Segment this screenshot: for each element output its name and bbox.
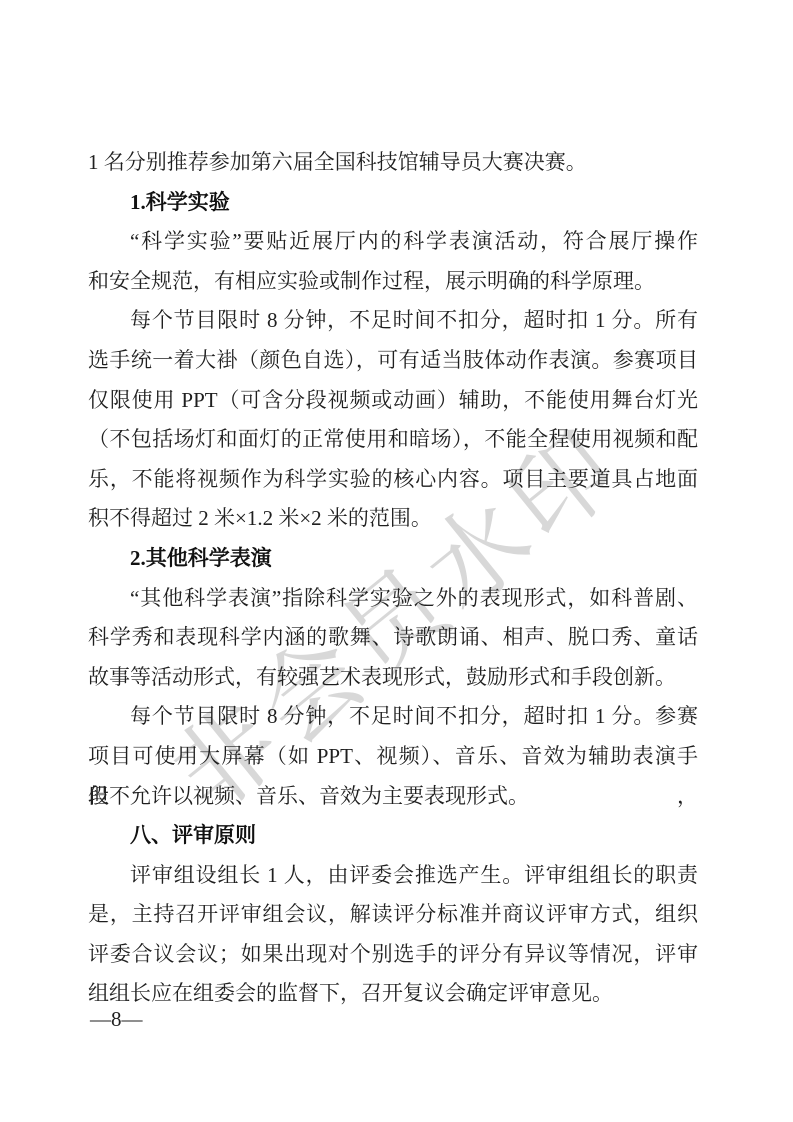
text-line: 和安全规范，有相应实验或制作过程，展示明确的科学原理。 [88,262,698,302]
text-line: 是，主持召开评审组会议，解读评分标准并商议评审方式，组织 [88,895,698,935]
section-heading: 2.其他科学表演 [88,539,698,579]
text-line: 组组长应在组委会的监督下，召开复议会确定评审意见。 [88,974,698,1014]
document-lines: 1 名分别推荐参加第六届全国科技馆辅导员大赛决赛。1.科学实验“科学实验”要贴近… [88,143,698,1014]
text-line: 乐，不能将视频作为科学实验的核心内容。项目主要道具占地面 [88,460,698,500]
text-line: 故事等活动形式，有较强艺术表现形式，鼓励形式和手段创新。 [88,658,698,698]
text-line: 科学秀和表现科学内涵的歌舞、诗歌朗诵、相声、脱口秀、童话 [88,618,698,658]
text-line: 每个节目限时 8 分钟，不足时间不扣分，超时扣 1 分。参赛 [88,697,698,737]
text-line: 1 名分别推荐参加第六届全国科技馆辅导员大赛决赛。 [88,143,698,183]
text-line: 项目可使用大屏幕（如 PPT、视频）、音乐、音效为辅助表演手段， [88,737,698,777]
page-number: —8— [90,1003,143,1035]
section-heading: 八、评审原则 [88,816,698,856]
text-line: “科学实验”要贴近展厅内的科学表演活动，符合展厅操作 [88,222,698,262]
text-line: 仅限使用 PPT（可含分段视频或动画）辅助，不能使用舞台灯光 [88,381,698,421]
section-heading: 1.科学实验 [88,183,698,223]
document-page: 非会员水印 1 名分别推荐参加第六届全国科技馆辅导员大赛决赛。1.科学实验“科学… [0,0,793,1122]
text-line: 评审组设组长 1 人，由评委会推选产生。评审组组长的职责 [88,856,698,896]
text-line: “其他科学表演”指除科学实验之外的表现形式，如科普剧、 [88,579,698,619]
text-line: 评委合议会议；如果出现对个别选手的评分有异议等情况，评审 [88,935,698,975]
text-line: 选手统一着大褂（颜色自选），可有适当肢体动作表演。参赛项目 [88,341,698,381]
text-line: 每个节目限时 8 分钟，不足时间不扣分，超时扣 1 分。所有 [88,301,698,341]
text-line: （不包括场灯和面灯的正常使用和暗场），不能全程使用视频和配 [88,420,698,460]
text-line: 积不得超过 2 米×1.2 米×2 米的范围。 [88,499,698,539]
